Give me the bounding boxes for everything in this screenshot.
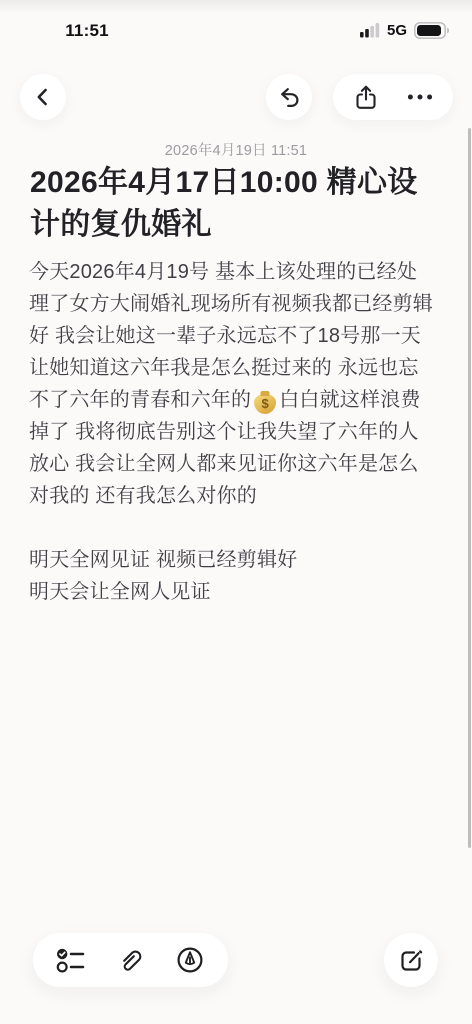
chevron-left-icon xyxy=(33,87,53,107)
checklist-button[interactable] xyxy=(50,939,92,981)
toolbar-pill xyxy=(33,933,228,987)
share-button[interactable] xyxy=(346,77,386,117)
bottom-toolbar xyxy=(33,933,438,987)
status-time: 11:51 xyxy=(54,21,120,41)
status-bar: 11:51 5G xyxy=(0,0,472,54)
note-body[interactable]: 今天2026年4月19号 基本上该处理的已经处 理了女方大闹婚礼现场所有视频我都… xyxy=(29,256,449,608)
ellipsis-icon xyxy=(407,93,433,101)
notes-app-screen: 11:51 5G xyxy=(0,0,472,1024)
status-indicators: 5G xyxy=(360,22,450,39)
markup-button[interactable] xyxy=(169,939,211,981)
scrollbar[interactable] xyxy=(468,128,471,848)
undo-button[interactable] xyxy=(266,74,312,120)
compose-icon xyxy=(397,946,426,975)
share-icon xyxy=(353,84,379,111)
network-label: 5G xyxy=(387,22,407,39)
undo-icon xyxy=(277,85,302,110)
checklist-icon xyxy=(56,947,86,974)
nav-actions-pill xyxy=(333,74,453,120)
note-title[interactable]: 2026年4月17日10:00 精心设计的复仇婚礼 xyxy=(30,162,424,246)
nav-bar xyxy=(0,74,472,120)
money-bag-emoji: $ xyxy=(254,394,276,414)
compose-button[interactable] xyxy=(384,933,438,987)
more-button[interactable] xyxy=(400,77,440,117)
signal-icon xyxy=(360,23,380,38)
paperclip-icon xyxy=(117,947,144,974)
note-date: 2026年4月19日 11:51 xyxy=(0,139,472,160)
pen-nib-circle-icon xyxy=(175,945,205,975)
battery-icon xyxy=(414,22,450,39)
back-button[interactable] xyxy=(20,74,66,120)
attachment-button[interactable] xyxy=(110,939,152,981)
